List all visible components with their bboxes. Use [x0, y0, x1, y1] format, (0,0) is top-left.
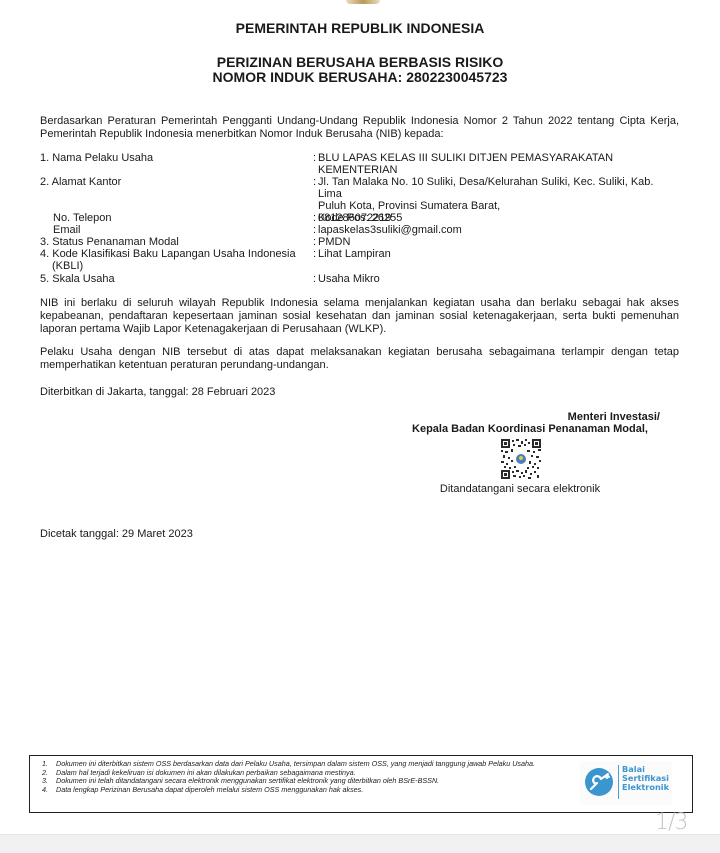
viewer-bottom-bar: [0, 834, 720, 853]
field-label-email: Email: [53, 224, 323, 236]
field-value-nama: :BLU LAPAS KELAS III SULIKI DITJEN PEMAS…: [313, 152, 681, 176]
signatory-title-2: Kepala Badan Koordinasi Penanaman Modal,: [390, 423, 670, 435]
page-indicator: 1/3: [655, 810, 687, 835]
key-seal-icon: [584, 767, 614, 797]
field-value-kbli: :Lihat Lampiran: [313, 248, 681, 260]
garuda-emblem-icon: [346, 0, 380, 4]
bsre-logo: Balai Sertifikasi Elektronik: [580, 761, 672, 805]
field-value-email: :lapaskelas3suliki@gmail.com: [313, 224, 681, 236]
field-value-skala: :Usaha Mikro: [313, 273, 681, 285]
bsre-divider: [618, 765, 619, 799]
business-activity-paragraph: Pelaku Usaha dengan NIB tersebut di atas…: [40, 346, 679, 372]
issued-date: Diterbitkan di Jakarta, tanggal: 28 Febr…: [40, 386, 679, 399]
field-label-telepon: No. Telepon: [53, 212, 323, 224]
field-label-nama: 1. Nama Pelaku Usaha: [40, 152, 310, 164]
field-value-telepon: :081286072219: [313, 212, 681, 224]
field-label-status: 3. Status Penanaman Modal: [40, 236, 310, 248]
printed-date: Dicetak tanggal: 29 Maret 2023: [40, 528, 193, 540]
qr-code-icon: [501, 439, 541, 479]
electronic-signature-note: Ditandatangani secara elektronik: [420, 483, 620, 495]
bsre-label: Balai Sertifikasi Elektronik: [622, 765, 669, 792]
footer-note: 4.Data lengkap Perizinan Berusaha dapat …: [42, 786, 572, 795]
government-heading: PEMERINTAH REPUBLIK INDONESIA: [0, 20, 720, 36]
intro-paragraph: Berdasarkan Peraturan Pemerintah Penggan…: [40, 115, 679, 141]
field-label-skala: 5. Skala Usaha: [40, 273, 310, 285]
document-title: PERIZINAN BERUSAHA BERBASIS RISIKO: [0, 54, 720, 70]
field-label-kbli: 4. Kode Klasifikasi Baku Lapangan Usaha …: [40, 248, 300, 272]
nib-number: NOMOR INDUK BERUSAHA: 2802230045723: [0, 69, 720, 85]
footer-notes: 1.Dokumen ini diterbitkan sistem OSS ber…: [42, 760, 572, 794]
field-value-status: :PMDN: [313, 236, 681, 248]
field-label-alamat: 2. Alamat Kantor: [40, 176, 310, 188]
nib-validity-paragraph: NIB ini berlaku di seluruh wilayah Repub…: [40, 297, 679, 336]
footer-notes-box: 1.Dokumen ini diterbitkan sistem OSS ber…: [29, 755, 693, 813]
signatory-title-1: Menteri Investasi/: [410, 411, 668, 423]
